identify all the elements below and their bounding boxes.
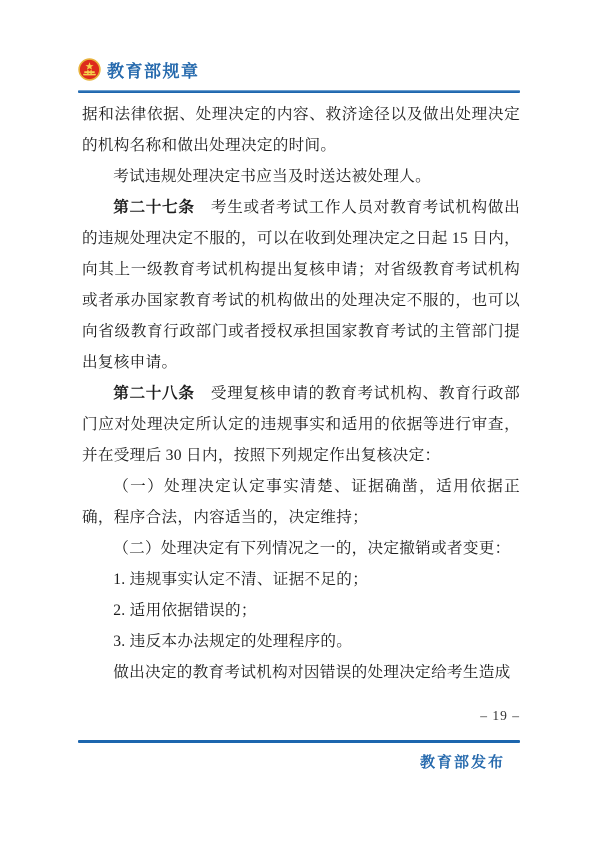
header-brand: 教育部规章 — [78, 57, 520, 82]
paragraph: 第二十七条 考生或者考试工作人员对教育考试机构做出的违规处理决定不服的，可以在收… — [82, 192, 520, 378]
text-segment: 做出决定的教育考试机构对因错误的处理决定给考生造成 — [113, 664, 510, 681]
text-segment: 1. 违规事实认定不清、证据不足的； — [113, 571, 368, 588]
publisher-label: 教育部发布 — [420, 751, 505, 772]
text-segment: 2. 适用依据错误的； — [113, 602, 257, 619]
paragraph: 3. 违反本办法规定的处理程序的。 — [82, 626, 520, 657]
header-title: 教育部规章 — [107, 57, 200, 82]
document-body: 据和法律依据、处理决定的内容、救济途径以及做出处理决定的机构名称和做出处理决定的… — [82, 99, 520, 688]
paragraph: 据和法律依据、处理决定的内容、救济途径以及做出处理决定的机构名称和做出处理决定的… — [82, 99, 520, 161]
page-header: 教育部规章 — [78, 57, 520, 93]
text-segment: （二）处理决定有下列情况之一的，决定撤销或者变更： — [113, 540, 510, 557]
paragraph: 第二十八条 受理复核申请的教育考试机构、教育行政部门应对处理决定所认定的违规事实… — [82, 378, 520, 471]
paragraph: 做出决定的教育考试机构对因错误的处理决定给考生造成 — [82, 657, 520, 688]
text-segment: （一）处理决定认定事实清楚、证据确凿，适用依据正确，程序合法，内容适当的，决定维… — [82, 478, 520, 526]
paragraph: （一）处理决定认定事实清楚、证据确凿，适用依据正确，程序合法，内容适当的，决定维… — [82, 471, 520, 533]
header-divider — [78, 90, 520, 93]
paragraph: 2. 适用依据错误的； — [82, 595, 520, 626]
text-segment: 据和法律依据、处理决定的内容、救济途径以及做出处理决定的机构名称和做出处理决定的… — [82, 106, 520, 154]
document-page: 教育部规章 据和法律依据、处理决定的内容、救济途径以及做出处理决定的机构名称和做… — [0, 0, 595, 842]
article-number-label: 第二十八条 — [113, 385, 194, 402]
paragraph: 1. 违规事实认定不清、证据不足的； — [82, 564, 520, 595]
text-segment: 考生或者考试工作人员对教育考试机构做出的违规处理决定不服的，可以在收到处理决定之… — [82, 199, 520, 371]
article-number-label: 第二十七条 — [113, 199, 194, 216]
paragraph: 考试违规处理决定书应当及时送达被处理人。 — [82, 161, 520, 192]
footer-divider — [78, 740, 520, 743]
page-number: – 19 – — [480, 708, 520, 724]
text-segment: 考试违规处理决定书应当及时送达被处理人。 — [113, 168, 431, 185]
text-segment: 3. 违反本办法规定的处理程序的。 — [113, 633, 352, 650]
china-national-emblem-icon — [78, 58, 101, 81]
paragraph: （二）处理决定有下列情况之一的，决定撤销或者变更： — [82, 533, 520, 564]
